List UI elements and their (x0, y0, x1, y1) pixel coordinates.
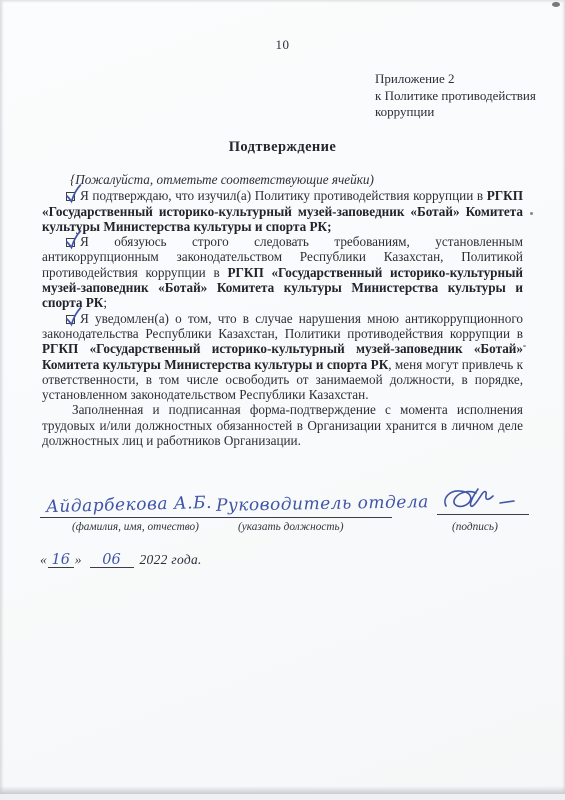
paragraph: Я обязуюсь строго следовать требованиям,… (42, 234, 523, 310)
checkbox-checked[interactable] (66, 315, 75, 324)
scan-speck (530, 212, 533, 215)
scan-edge-left (0, 0, 4, 800)
date-open-quote: « (40, 552, 47, 567)
checkbox-checked[interactable] (66, 238, 75, 247)
date-month-slot: 06 (90, 553, 134, 568)
date-year-text: 2022 года. (140, 552, 202, 567)
date-line: «16»062022 года. (40, 552, 202, 568)
organization-name-bold: культуры и спорта РК (254, 357, 388, 372)
handwritten-day: 16 (52, 552, 70, 568)
label-position: (указать должность) (238, 521, 343, 533)
scan-speck (552, 2, 560, 7)
appendix-line: Приложение 2 (375, 71, 536, 88)
paragraph: Я уведомлен(а) о том, что в случае наруш… (42, 311, 523, 403)
document-body: {Пожалуйста, отметьте соответствующие яч… (42, 172, 523, 448)
document-title: Подтверждение (0, 139, 565, 156)
instruction-note: {Пожалуйста, отметьте соответствующие яч… (42, 172, 523, 187)
signature-mark (440, 486, 532, 516)
checkmark-icon (64, 229, 82, 249)
paragraph-text: Я уведомлен(а) о том, что в случае наруш… (42, 311, 523, 341)
scan-edge-bottom-strip (0, 794, 565, 800)
paragraph-text: Заполненная и подписанная форма-подтверж… (42, 402, 523, 448)
paragraph: Я подтверждаю, что изучил(а) Политику пр… (42, 188, 523, 234)
handwritten-position: Руководитель отдела (216, 492, 429, 516)
paragraph-text: Я подтверждаю, что изучил(а) Политику пр… (80, 188, 487, 203)
paragraph: Заполненная и подписанная форма-подтверж… (42, 402, 523, 448)
handwritten-month: 06 (102, 552, 120, 568)
date-day-slot: 16 (48, 553, 74, 568)
signature-rule-name-position (40, 517, 392, 518)
appendix-line: к Политике противодействия (375, 88, 536, 105)
date-close-quote: » (75, 552, 82, 567)
scanned-document-page: 10 Приложение 2 к Политике противодейств… (0, 0, 565, 800)
page-number: 10 (0, 37, 565, 53)
label-full-name: (фамилия, имя, отчество) (72, 521, 199, 533)
scan-speck (523, 345, 526, 347)
label-signature: (подпись) (452, 521, 498, 533)
checkmark-icon (64, 306, 82, 326)
handwritten-name: Айдарбекова А.Б. (46, 493, 213, 517)
checkmark-icon (64, 183, 82, 203)
paragraph-text: ; (103, 295, 107, 310)
scan-edge-bottom (0, 786, 565, 794)
appendix-line: коррупции (375, 104, 536, 121)
paragraphs-container: Я подтверждаю, что изучил(а) Политику пр… (42, 188, 523, 448)
checkbox-checked[interactable] (66, 192, 75, 201)
appendix-block: Приложение 2 к Политике противодействия … (375, 71, 536, 121)
scan-edge-top (0, 0, 565, 3)
